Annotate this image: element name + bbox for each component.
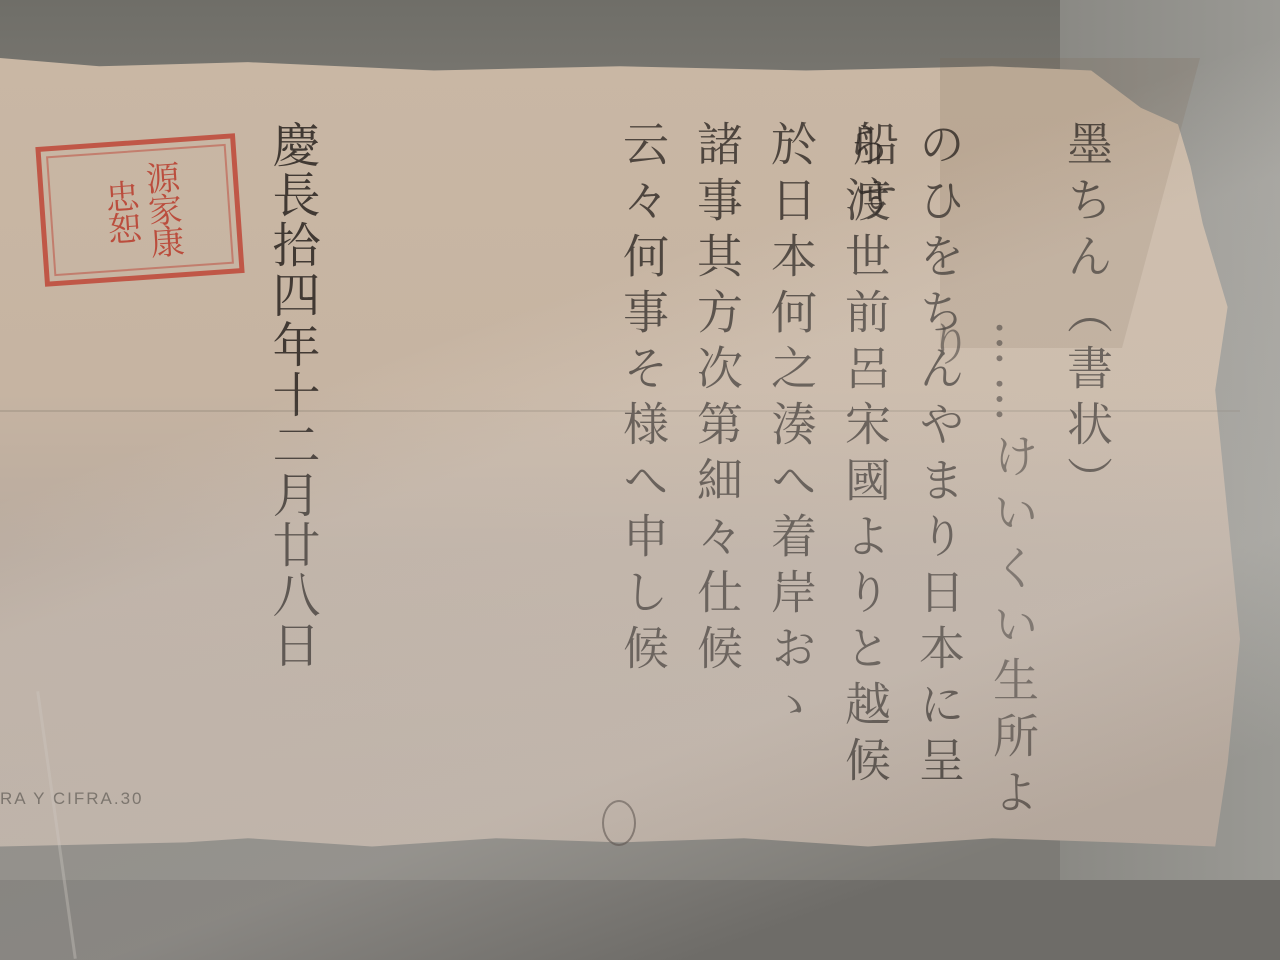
text-column: 云々何事そ様へ申し候 [616, 120, 676, 840]
seal-column: 忠恕 [99, 178, 139, 244]
letter-body: 墨ちん（書状） ……けいくい生所より のひをちんやまり日本に呈船す ら渡世前呂宋… [560, 120, 1120, 840]
background-bottom [0, 880, 1280, 960]
date-line: 慶長拾四年十二月廿八日 [258, 120, 327, 670]
text-column: ……けいくい生所より [986, 320, 1046, 840]
text-column: 諸事其方次第細々仕候 [690, 120, 750, 840]
text-column: 於日本何之湊へ着岸おゝ [764, 120, 824, 840]
seal-column: 源家康 [140, 159, 182, 257]
text-column: ら渡世前呂宋國よりと越候 [838, 120, 898, 840]
library-stamp-icon [602, 800, 636, 846]
archive-label: RA Y CIFRA.30 [0, 789, 143, 809]
red-seal-stamp: 源家康 忠恕 [35, 133, 244, 287]
text-column: のひをちんやまり日本に呈船す [912, 120, 972, 840]
text-column: 墨ちん（書状） [1060, 120, 1120, 840]
